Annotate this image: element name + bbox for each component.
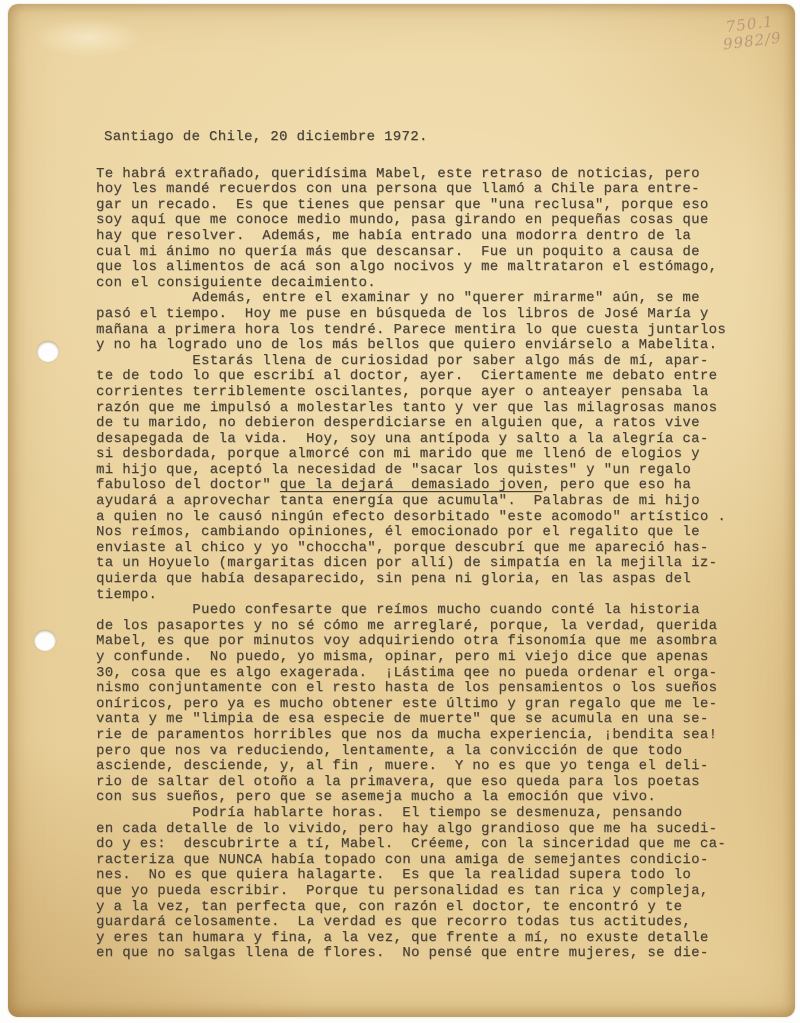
underlined-phrase: que la dejará demasiado joven (280, 477, 543, 493)
letter-line: asciende, desciende, y, al fin , muere. … (96, 759, 726, 775)
letter-line: tiempo. (96, 588, 726, 604)
letter-line: y eres tan humara y fina, a la vez, que … (96, 931, 726, 947)
letter-line: en cada detalle de lo vivido, pero hay a… (96, 822, 726, 838)
letter-line: Nos reímos, cambiando opiniones, él emoc… (96, 525, 726, 541)
letter-line: Además, entre el examinar y no "querer m… (96, 291, 726, 307)
letter-line: pasó el tiempo. Hoy me puse en búsqueda … (96, 307, 726, 323)
letter-line: nismo conjuntamente con el resto hasta d… (96, 681, 726, 697)
letter-line: rie de paramentos horribles que nos da m… (96, 728, 726, 744)
letter-line: quierda que había desaparecido, sin pena… (96, 572, 726, 588)
letter-line: con sus sueños, pero que se asemeja much… (96, 790, 726, 806)
letter-line: vanta y me "limpia de esa especie de mue… (96, 712, 726, 728)
letter-line: razón que me impulsó a molestarles tanto… (96, 401, 726, 417)
letter-line: soy aquí que me conoce medio mundo, pasa… (96, 213, 726, 229)
letter-line: cual mi ánimo no quería más que descansa… (96, 245, 726, 261)
letter-line: te de todo lo que escribí al doctor, aye… (96, 369, 726, 385)
letter-line: Estarás llena de curiosidad por saber al… (96, 354, 726, 370)
letter-line: y confunde. No puedo, yo misma, opinar, … (96, 650, 726, 666)
letter-line: racteriza que NUNCA había topado con una… (96, 853, 726, 869)
punch-hole-top (37, 341, 59, 362)
typewritten-letter: Santiago de Chile, 20 diciembre 1972. Te… (96, 130, 726, 962)
letter-line: ta un Hoyuelo (margaritas dicen por allí… (96, 556, 726, 572)
letter-line: do y es: descubrirte a tí, Mabel. Créeme… (96, 837, 726, 853)
letter-body: Te habrá extrañado, queridísima Mabel, e… (96, 167, 726, 962)
letter-line: corrientes terriblemente oscilantes, por… (96, 385, 726, 401)
letter-line: Te habrá extrañado, queridísima Mabel, e… (96, 167, 726, 183)
letter-line: si desbordada, porque almorcé con mi mar… (96, 447, 726, 463)
letter-line: y no ha logrado uno de los más bellos qu… (96, 338, 726, 354)
letter-line: 30, cosa que es algo exagerada. ¡Lástima… (96, 666, 726, 682)
letter-line: fabuloso del doctor" que la dejará demas… (96, 478, 726, 494)
letter-line: nes. No es que quiera halagarte. Es que … (96, 868, 726, 884)
letter-line: hay que resolver. Además, me había entra… (96, 229, 726, 245)
letter-line: mañana a primera hora los tendré. Parece… (96, 323, 726, 339)
letter-line: a quien no le causó ningún efecto desorb… (96, 510, 726, 526)
letter-line: en que no salgas llena de flores. No pen… (96, 946, 726, 962)
letter-line: que los alimentos de acá son algo nocivo… (96, 260, 726, 276)
letter-line: rio de saltar del otoño a la primavera, … (96, 775, 726, 791)
letter-page: 750.1 9982/9 Santiago de Chile, 20 dicie… (8, 4, 795, 1017)
letter-dateline: Santiago de Chile, 20 diciembre 1972. (104, 130, 726, 146)
letter-line: de tu marido, no debieron desperdiciarse… (96, 416, 726, 432)
letter-line: ayudará a aprovechar tanta energía que a… (96, 494, 726, 510)
handwritten-catalog-note: 750.1 9982/9 (720, 13, 782, 54)
letter-line: Podría hablarte horas. El tiempo se desm… (96, 806, 726, 822)
letter-line: guardará celosamente. La verdad es que r… (96, 915, 726, 931)
scanned-letter-screenshot: { "colors": { "paper": "#ecd5a2", "ink":… (0, 0, 800, 1023)
letter-line: desapegada de la vida. Hoy, soy una antí… (96, 432, 726, 448)
letter-line: hoy les mandé recuerdos con una persona … (96, 182, 726, 198)
letter-line: Puedo confesarte que reímos mucho cuando… (96, 603, 726, 619)
letter-line: que yo pueda escribir. Porque tu persona… (96, 884, 726, 900)
punch-hole-bottom (34, 630, 56, 651)
letter-line: pero que nos va reduciendo, lentamente, … (96, 744, 726, 760)
paper-smudge (28, 16, 148, 64)
letter-line: Mabel, es que por minutos voy adquiriend… (96, 634, 726, 650)
letter-line: con el consiguiente decaimiento. (96, 276, 726, 292)
letter-line: y a la vez, tan perfecta que, con razón … (96, 900, 726, 916)
